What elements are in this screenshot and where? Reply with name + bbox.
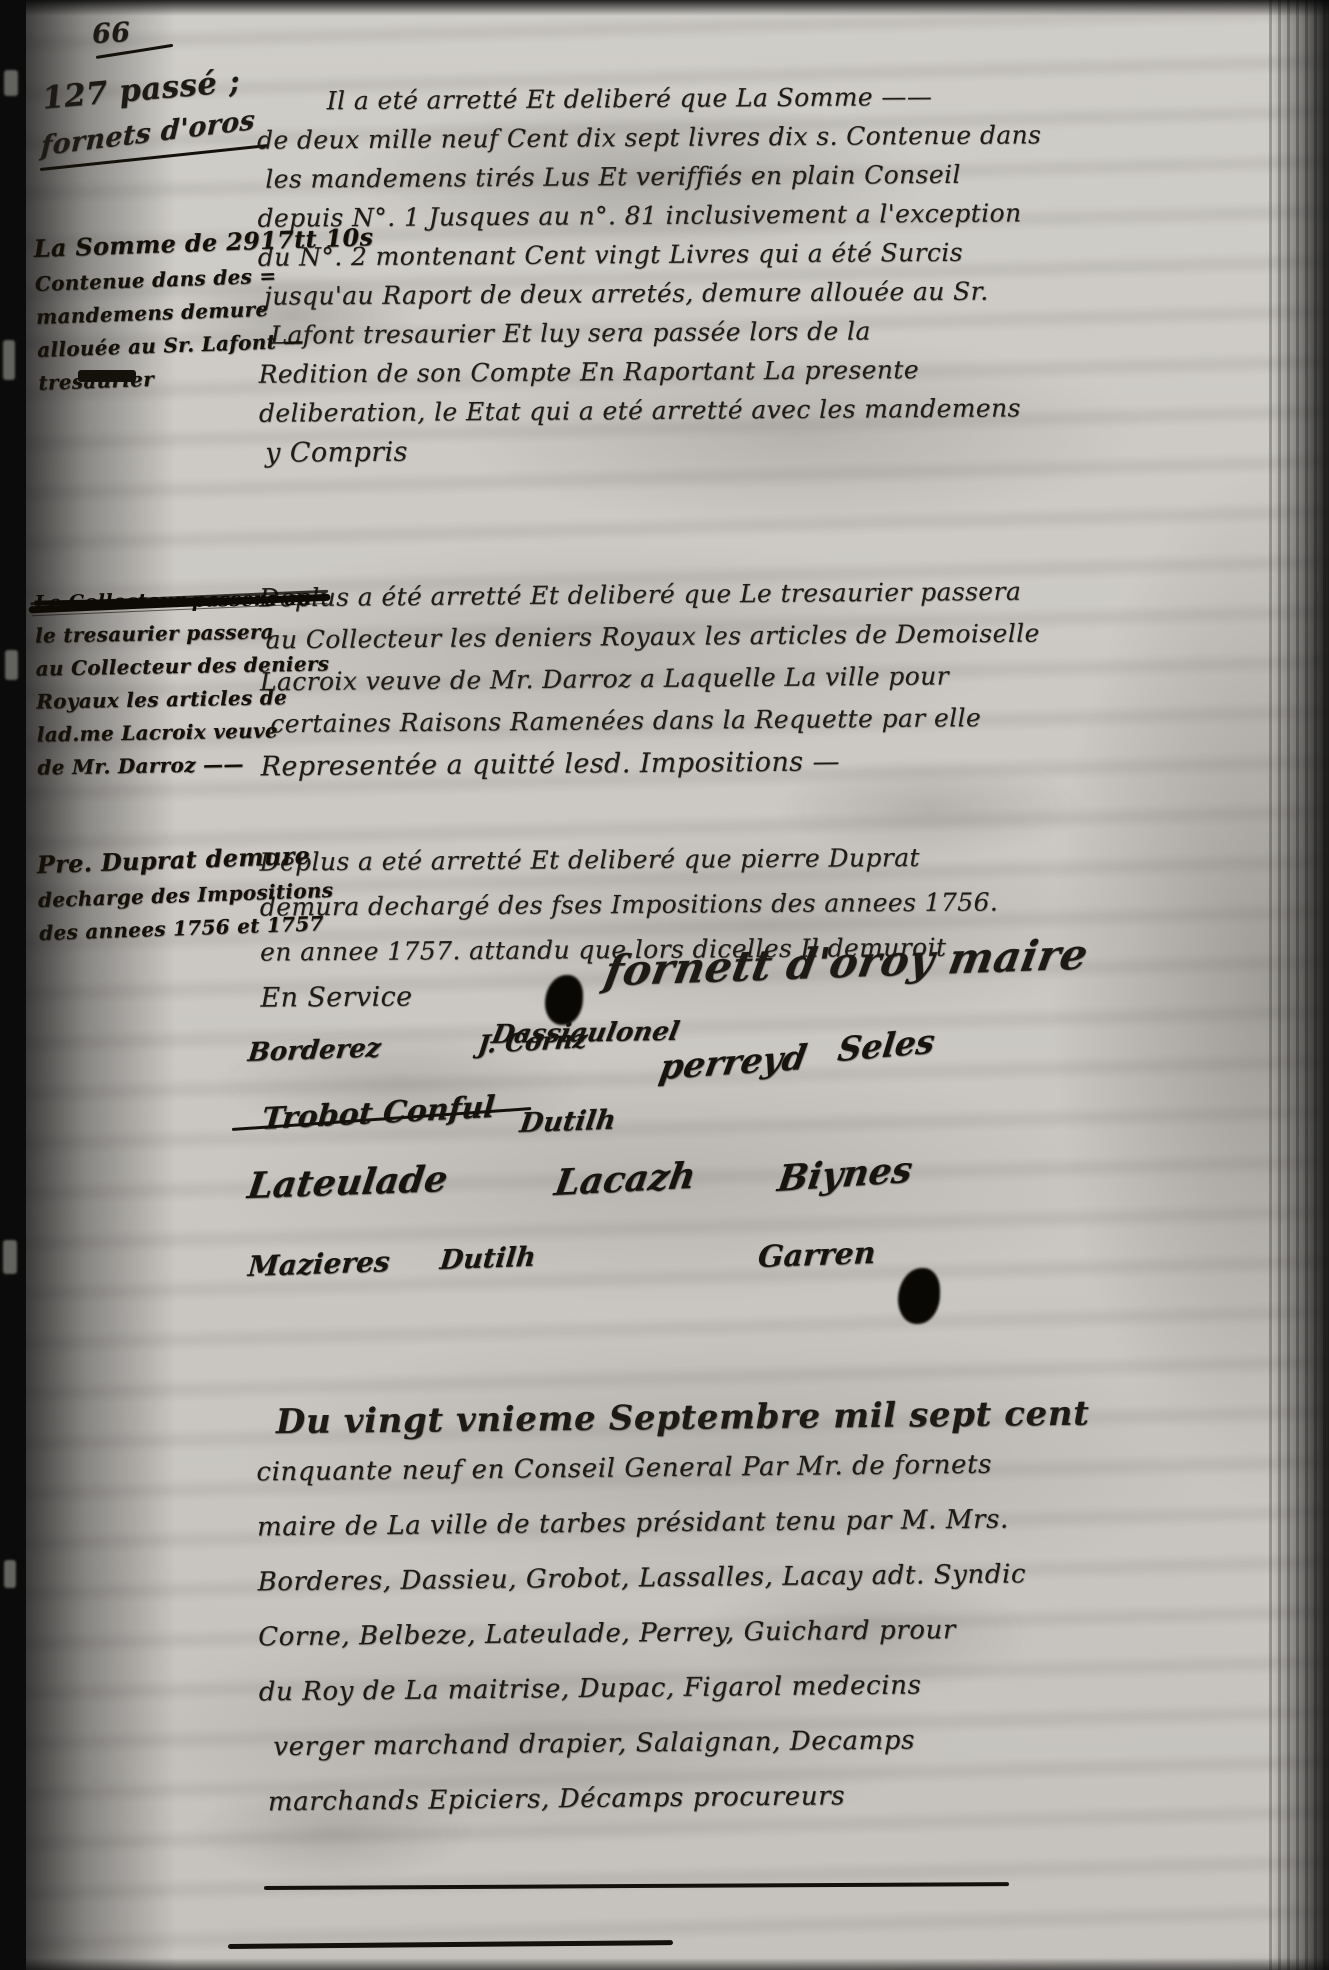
signature: perreyd xyxy=(656,1037,809,1088)
text-line: du Roy de La maitrise, Dupac, Figarol me… xyxy=(259,1669,1093,1733)
text-line: deliberation, le Etat qui a eté arretté … xyxy=(259,393,1044,437)
text-line: au Collecteur les deniers Royaux les art… xyxy=(259,619,1040,668)
signature: Borderez xyxy=(246,1033,382,1068)
film-edge xyxy=(0,0,26,1970)
film-edge-fragment xyxy=(5,650,18,680)
signature: Dassiaulonel xyxy=(489,1017,682,1050)
manuscript-page-scan: 66 127 passé ; fornets d'oros Il a eté a… xyxy=(0,0,1329,1970)
signature: Lateulade xyxy=(245,1158,450,1207)
margin-note-lacroix: Le Collecteur passera au le tresaurier p… xyxy=(34,585,331,788)
closing-session-paragraph: Du vingt vnieme Septembre mil sept cent … xyxy=(256,1394,1094,1843)
text-line: Deplus a eté arretté Et deliberé que pie… xyxy=(259,842,998,892)
signature: Dutilh xyxy=(438,1242,537,1276)
margin-line: lad.me Lacroix veuve xyxy=(37,717,331,755)
paragraph-tresaurier-lacroix: Deplus a été arretté Et deliberé que Le … xyxy=(259,577,1041,794)
bottom-edge-shadow xyxy=(0,1958,1329,1970)
signature: Mazieres xyxy=(247,1245,391,1283)
text-line: Deplus a été arretté Et deliberé que Le … xyxy=(259,577,1040,626)
text-line: y Compris xyxy=(259,432,1044,476)
top-edge-shadow xyxy=(0,0,1329,16)
text-line: du N°. 2 montenant Cent vingt Livres qui… xyxy=(258,237,1043,281)
ink-rule xyxy=(264,1882,1009,1890)
text-line: Borderes, Dassieu, Grobot, Lassalles, La… xyxy=(257,1559,1091,1623)
text-line: cinquante neuf en Conseil General Par Mr… xyxy=(256,1449,1090,1513)
struck-line-wrap: Le Collecteur passera au xyxy=(34,585,328,623)
film-edge-fragment xyxy=(4,70,18,96)
signature: Seles xyxy=(836,1021,937,1069)
margin-line: le tresaurier passera xyxy=(35,618,329,656)
text-line: marchands Epiciers, Décamps procureurs xyxy=(260,1779,1094,1843)
text-line: certaines Raisons Ramenées dans la Reque… xyxy=(260,703,1041,752)
signature: Lacazh xyxy=(552,1154,699,1204)
margin-note-duprat: Pre. Duprat demure decharge des Impositi… xyxy=(36,840,335,954)
margin-heavy-dash xyxy=(78,370,136,382)
text-line: Representée a quitté lesd. Impositions — xyxy=(261,745,1042,794)
text-line: de deux mille neuf Cent dix sept livres … xyxy=(257,120,1042,164)
signature: Garren xyxy=(757,1236,877,1275)
text-line: verger marchand drapier, Salaignan, Deca… xyxy=(259,1724,1093,1788)
text-line: Il a eté arretté Et deliberé que La Somm… xyxy=(257,81,1042,125)
text-line: Lacroix veuve de Mr. Darroz a Laquelle L… xyxy=(260,661,1041,710)
margin-line: au Collecteur des deniers xyxy=(35,651,329,689)
text-line: maire de La ville de tarbes présidant te… xyxy=(257,1504,1091,1568)
signature: Biynes xyxy=(775,1148,915,1200)
margin-line: Royaux les articles de xyxy=(36,684,330,722)
paragraph-duprat-decharge: Deplus a eté arretté Et deliberé que pie… xyxy=(259,842,999,1027)
text-line: les mandemens tirés Lus Et veriffiés en … xyxy=(257,159,1042,203)
film-edge-fragment xyxy=(3,340,15,380)
ink-rule xyxy=(228,1940,673,1949)
film-edge-fragment xyxy=(3,1240,17,1274)
text-line: demura dechargé des fses Impositions des… xyxy=(260,887,999,937)
text-line: depuis N°. 1 Jusques au n°. 81 inclusive… xyxy=(257,198,1042,242)
text-line: Du vingt vnieme Septembre mil sept cent xyxy=(256,1394,1090,1458)
signature: Dutilh xyxy=(518,1105,618,1140)
ink-blot xyxy=(898,1268,940,1324)
page-edge-shadow xyxy=(1269,0,1329,1970)
text-line: Corne, Belbeze, Lateulade, Perrey, Guich… xyxy=(258,1614,1092,1678)
folio-number: 66 xyxy=(91,17,131,50)
margin-line: de Mr. Darroz —— xyxy=(37,750,331,788)
film-edge-fragment xyxy=(4,1560,16,1588)
